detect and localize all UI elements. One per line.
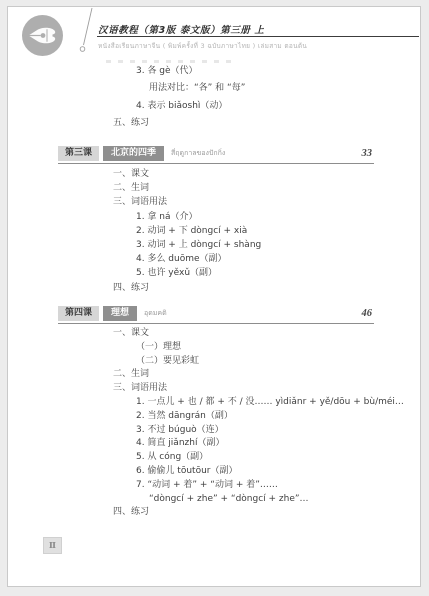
toc-item: 3. 各 gè（代） — [58, 63, 374, 80]
lesson-number-badge: 第四课 — [58, 306, 99, 321]
toc-item: （一）理想 — [58, 341, 374, 355]
pen-nib-icon — [22, 15, 63, 56]
toc-item: 4. 表示 biǎoshì（动） — [58, 98, 374, 115]
toc-item: “dòngcí + zhe” + “dòngcí + zhe”… — [58, 493, 374, 507]
toc-item: 4. 多么 duōme（副） — [58, 252, 374, 266]
lesson-items: 一、课文二、生词三、词语用法1. 拿 ná（介）2. 动词 + 下 dòngcí… — [58, 167, 374, 295]
book-title-thai: หนังสือเรียนภาษาจีน ( พิมพ์ครั้งที่ 3 ฉบ… — [98, 41, 307, 51]
toc-item: 四、练习 — [58, 506, 374, 520]
toc-item: 二、生词 — [58, 181, 374, 195]
page-marker: Ⅱ — [43, 537, 62, 554]
toc-item: 1. 一点儿 + 也 / 都 + 不 / 没…… yìdiǎnr + yě/dō… — [58, 396, 374, 410]
toc-item: 三、词语用法 — [58, 195, 374, 209]
toc-item: 5. 从 cóng（副） — [58, 451, 374, 465]
toc-item: 2. 动词 + 下 dòngcí + xià — [58, 224, 374, 238]
lesson-section: 第三课北京的四季สี่ฤดูกาลของปักกิ่ง33一、课文二、生词三、词… — [58, 145, 374, 295]
toc-carryover-items: 3. 各 gè（代）用法对比：“各” 和 “每”4. 表示 biǎoshì（动）… — [58, 63, 374, 132]
toc-item: 一、课文 — [58, 167, 374, 181]
book-title: 汉语教程（第3版 泰文版）第三册 上 — [98, 22, 265, 36]
toc-item: 用法对比：“各” 和 “每” — [58, 80, 374, 97]
book-page: 汉语教程（第3版 泰文版）第三册 上 หนังสือเรียนภาษาจีน (… — [7, 6, 421, 587]
toc-item: （二）要见彩虹 — [58, 355, 374, 369]
toc-item: 7. “动词 + 着” + “动词 + 着”…… — [58, 479, 374, 493]
toc-item: 一、课文 — [58, 327, 374, 341]
toc-item: 4. 简直 jiǎnzhí（副） — [58, 437, 374, 451]
toc-item: 5. 也许 yěxǔ（副） — [58, 266, 374, 280]
lesson-title-thai: สี่ฤดูกาลของปักกิ่ง — [171, 148, 225, 159]
lesson-title-badge: 理想 — [103, 306, 137, 321]
toc-item: 6. 偷偷儿 tōutōur（副） — [58, 465, 374, 479]
lesson-title-thai: อุดมคติ — [144, 308, 167, 319]
toc-item: 3. 不过 búguò（连） — [58, 424, 374, 438]
toc-item: 四、练习 — [58, 281, 374, 295]
toc-item: 2. 当然 dāngrán（副） — [58, 410, 374, 424]
toc-item: 五、练习 — [58, 115, 374, 132]
lesson-number-badge: 第三课 — [58, 146, 99, 161]
toc-item: 三、词语用法 — [58, 382, 374, 396]
toc-item: 3. 动词 + 上 dòngcí + shàng — [58, 238, 374, 252]
lesson-page-number: 46 — [362, 308, 373, 319]
toc-item: 1. 拿 ná（介） — [58, 210, 374, 224]
lesson-section: 第四课理想อุดมคติ46一、课文（一）理想（二）要见彩虹二、生词三、词语用法… — [58, 305, 374, 520]
lesson-header: 第四课理想อุดมคติ46 — [58, 305, 374, 324]
lesson-header: 第三课北京的四季สี่ฤดูกาลของปักกิ่ง33 — [58, 145, 374, 164]
lesson-title-badge: 北京的四季 — [103, 146, 164, 161]
lesson-items: 一、课文（一）理想（二）要见彩虹二、生词三、词语用法1. 一点儿 + 也 / 都… — [58, 327, 374, 520]
toc-item: 二、生词 — [58, 368, 374, 382]
lesson-page-number: 33 — [362, 148, 373, 159]
header-rule — [97, 36, 419, 37]
